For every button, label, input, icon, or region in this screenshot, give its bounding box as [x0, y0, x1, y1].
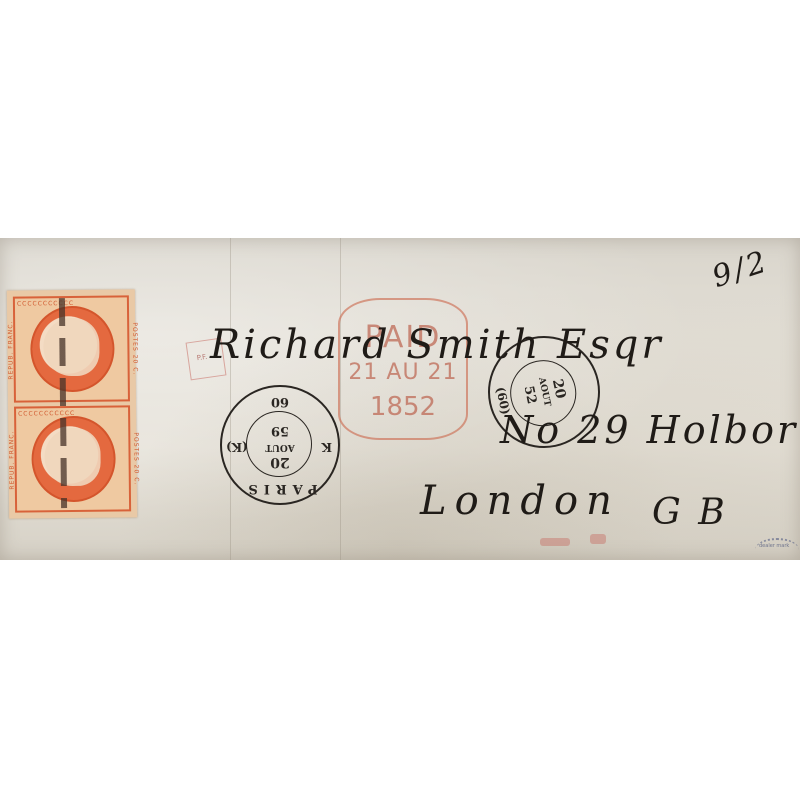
address-suffix: G B [652, 492, 728, 533]
ceres-head-icon [43, 318, 100, 377]
dealer-handstamp: dealer mark [755, 538, 799, 562]
ink-stain [590, 534, 606, 544]
paid-postmark: PAID 21 AU 21 1852 [338, 298, 468, 440]
address-line-1: Richard Smith Esqr [210, 322, 664, 368]
ceres-head-icon [44, 428, 101, 487]
address-line-2: No 29 Holborn [500, 408, 800, 452]
address-line-3: London [420, 478, 620, 524]
ink-stain [540, 538, 570, 546]
stamp: CCCCCCCCCCC REPUB. FRANC. POSTES 20 C. [14, 405, 131, 512]
paris-postmark-left: PARIS 60 K (K) 20 AOUT 59 [220, 385, 340, 505]
stamp: CCCCCCCCCCC REPUB. FRANC. POSTES 20 C. [13, 295, 130, 402]
stamp-pair: CCCCCCCCCCC REPUB. FRANC. POSTES 20 C. C… [7, 289, 137, 518]
